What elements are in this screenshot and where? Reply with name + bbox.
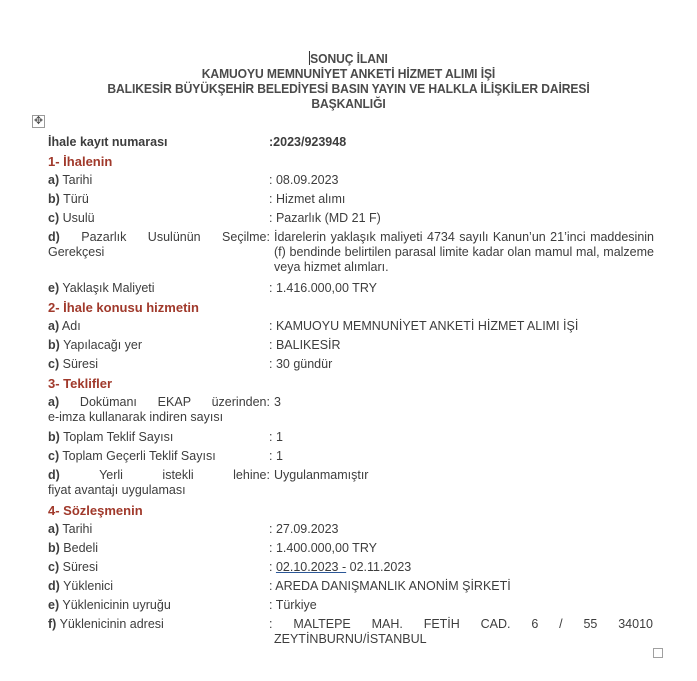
item-row-multiline: f) Yüklenicinin adresi : MALTEPE MAH. FE… <box>48 617 654 647</box>
section-4-title: 4- Sözleşmenin <box>48 503 654 518</box>
table-end-marker <box>653 648 663 658</box>
registration-label: İhale kayıt numarası <box>48 135 268 150</box>
item-row-multiline: d) Pazarlık Usulünün Seçilme: Gerekçesi … <box>48 230 654 278</box>
table-move-handle-icon[interactable]: ✥ <box>32 115 45 128</box>
item-row-multiline: a) Dokümanı EKAP üzerinden: e-imza kulla… <box>48 395 654 425</box>
contract-start-date-link[interactable]: 02.10.2023 - <box>276 560 346 574</box>
doc-title-line2: KAMUOYU MEMNUNİYET ANKETİ HİZMET ALIMI İ… <box>24 66 672 81</box>
doc-title-line3: BALIKESİR BÜYÜKŞEHİR BELEDİYESİ BASIN YA… <box>24 81 672 96</box>
justification-text: İdarelerin yaklaşık maliyeti 4734 sayılı… <box>274 230 654 275</box>
section-2-title: 2- İhale konusu hizmetin <box>48 300 654 315</box>
section-3-title: 3- Teklifler <box>48 376 654 391</box>
doc-title-line1: SONUÇ İLANI <box>24 51 672 66</box>
section-1-title: 1- İhalenin <box>48 154 654 169</box>
doc-title-line4: BAŞKANLIĞI <box>24 96 672 111</box>
item-row-multiline: d) Yerli istekli lehine: fiyat avantajı … <box>48 468 654 498</box>
registration-value: :2023/923948 <box>269 135 653 150</box>
